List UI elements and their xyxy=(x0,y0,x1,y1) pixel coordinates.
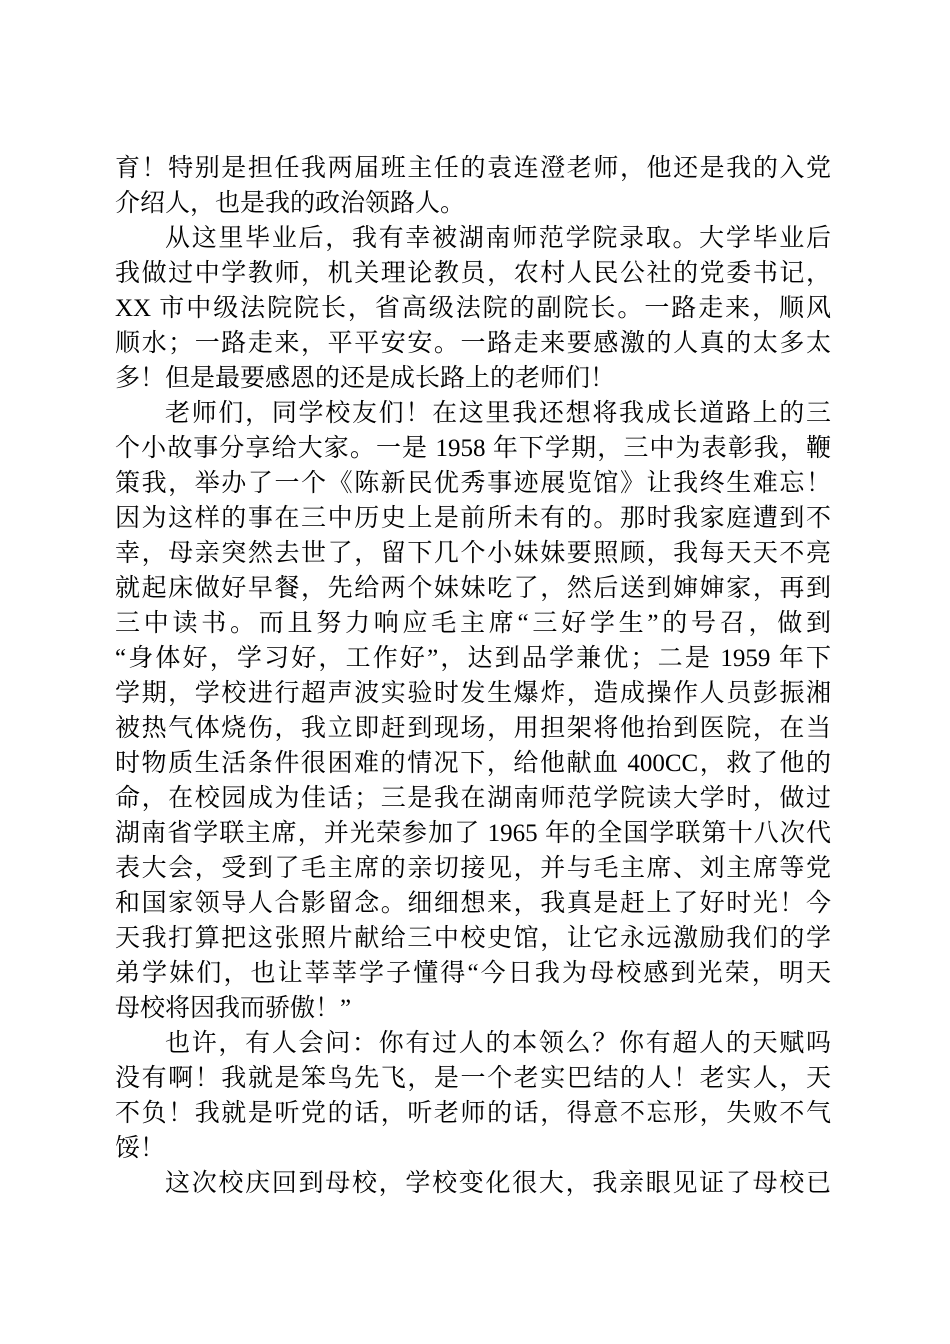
text-line: 母校将因我而骄傲！” xyxy=(115,991,831,1026)
text-line: 被热气体烧伤，我立即赶到现场，用担架将他抬到医院，在当 xyxy=(115,711,831,746)
text-line: 幸，母亲突然去世了，留下几个小妹妹要照顾，我每天天不亮 xyxy=(115,536,831,571)
text-line: 和国家领导人合影留念。细细想来，我真是赶上了好时光！今 xyxy=(115,886,831,921)
text-line: 学期，学校进行超声波实验时发生爆炸，造成操作人员彭振湘 xyxy=(115,676,831,711)
text-line: 顺水；一路走来，平平安安。一路走来要感激的人真的太多太 xyxy=(115,326,831,361)
text-line: 不负！我就是听党的话，听老师的话，得意不忘形，失败不气 xyxy=(115,1096,831,1131)
text-line: XX 市中级法院院长，省高级法院的副院长。一路走来，顺风 xyxy=(115,291,831,326)
text-line: 馁！ xyxy=(115,1131,831,1166)
text-line: 也许，有人会问：你有过人的本领么？你有超人的天赋吗 xyxy=(115,1026,831,1061)
text-line: “身体好，学习好，工作好”，达到品学兼优；二是 1959 年下 xyxy=(115,641,831,676)
text-line: 这次校庆回到母校，学校变化很大，我亲眼见证了母校已 xyxy=(115,1166,831,1201)
text-line: 命，在校园成为佳话；三是我在湖南师范学院读大学时，做过 xyxy=(115,781,831,816)
text-line: 我做过中学教师，机关理论教员，农村人民公社的党委书记， xyxy=(115,256,831,291)
text-line: 多！但是最要感恩的还是成长路上的老师们！ xyxy=(115,361,831,396)
text-line: 从这里毕业后，我有幸被湖南师范学院录取。大学毕业后 xyxy=(115,221,831,256)
text-line: 三中读书。而且努力响应毛主席“三好学生”的号召，做到 xyxy=(115,606,831,641)
paragraph: 这次校庆回到母校，学校变化很大，我亲眼见证了母校已 xyxy=(115,1166,831,1201)
paragraph: 育！特别是担任我两届班主任的袁连澄老师，他还是我的入党 介绍人，也是我的政治领路… xyxy=(115,151,831,221)
text-line: 就起床做好早餐，先给两个妹妹吃了，然后送到婶婶家，再到 xyxy=(115,571,831,606)
text-line: 个小故事分享给大家。一是 1958 年下学期，三中为表彰我，鞭 xyxy=(115,431,831,466)
text-line: 时物质生活条件很困难的情况下，给他献血 400CC，救了他的 xyxy=(115,746,831,781)
paragraph: 也许，有人会问：你有过人的本领么？你有超人的天赋吗 没有啊！我就是笨鸟先飞，是一… xyxy=(115,1026,831,1166)
text-line: 没有啊！我就是笨鸟先飞，是一个老实巴结的人！老实人，天 xyxy=(115,1061,831,1096)
document-page: 育！特别是担任我两届班主任的袁连澄老师，他还是我的入党 介绍人，也是我的政治领路… xyxy=(115,151,831,1201)
text-line: 育！特别是担任我两届班主任的袁连澄老师，他还是我的入党 xyxy=(115,151,831,186)
text-line: 湖南省学联主席，并光荣参加了 1965 年的全国学联第十八次代 xyxy=(115,816,831,851)
text-line: 介绍人，也是我的政治领路人。 xyxy=(115,186,831,221)
text-line: 老师们，同学校友们！在这里我还想将我成长道路上的三 xyxy=(115,396,831,431)
text-line: 因为这样的事在三中历史上是前所未有的。那时我家庭遭到不 xyxy=(115,501,831,536)
text-line: 策我，举办了一个《陈新民优秀事迹展览馆》让我终生难忘！ xyxy=(115,466,831,501)
text-line: 弟学妹们，也让莘莘学子懂得“今日我为母校感到光荣，明天 xyxy=(115,956,831,991)
paragraph: 从这里毕业后，我有幸被湖南师范学院录取。大学毕业后 我做过中学教师，机关理论教员… xyxy=(115,221,831,396)
text-line: 表大会，受到了毛主席的亲切接见，并与毛主席、刘主席等党 xyxy=(115,851,831,886)
text-line: 天我打算把这张照片献给三中校史馆，让它永远激励我们的学 xyxy=(115,921,831,956)
paragraph: 老师们，同学校友们！在这里我还想将我成长道路上的三 个小故事分享给大家。一是 1… xyxy=(115,396,831,1026)
